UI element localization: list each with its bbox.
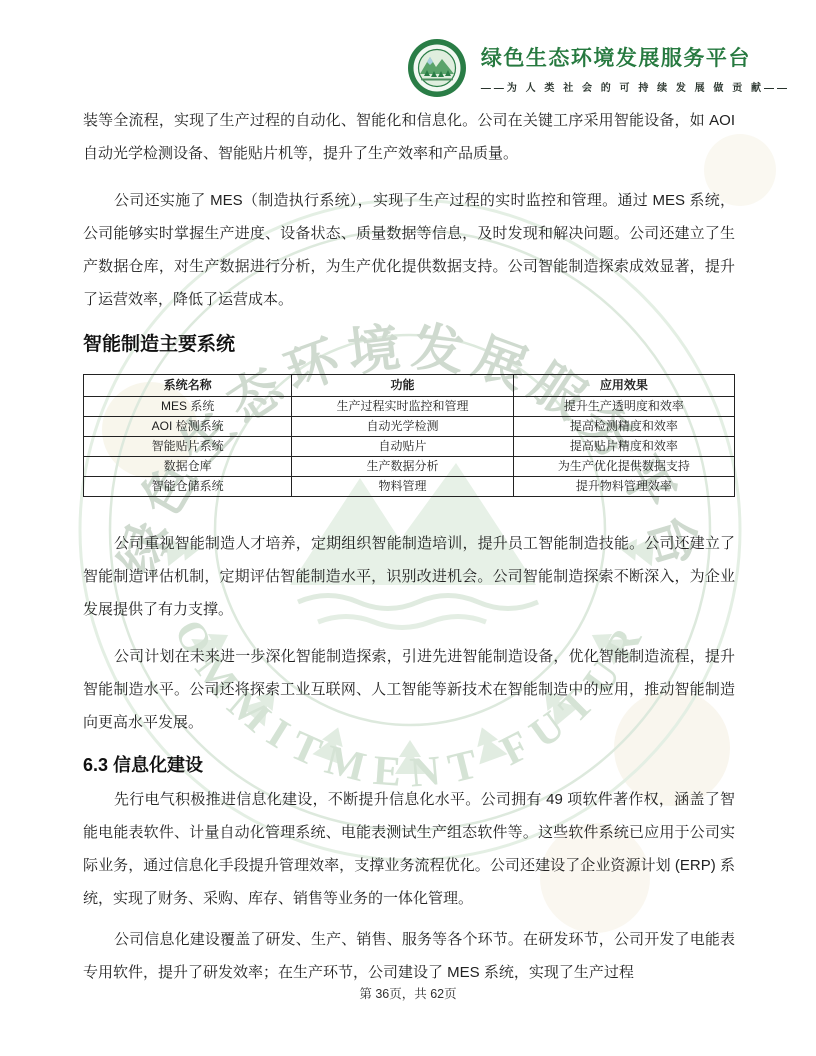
table-cell: 自动光学检测 bbox=[292, 417, 513, 437]
table-header-cell: 应用效果 bbox=[513, 375, 734, 397]
page-number-footer: 第 36页，共 62页 bbox=[0, 984, 816, 1002]
table-row: AOI 检测系统自动光学检测提高检测精度和效率 bbox=[84, 417, 735, 437]
table-cell: 智能贴片系统 bbox=[84, 437, 292, 457]
table-row: 数据仓库生产数据分析为生产优化提供数据支持 bbox=[84, 457, 735, 477]
table-cell: 提升物料管理效率 bbox=[513, 477, 734, 497]
table-cell: 提高检测精度和效率 bbox=[513, 417, 734, 437]
platform-logo-icon bbox=[407, 38, 467, 98]
paragraph: 公司重视智能制造人才培养，定期组织智能制造培训，提升员工智能制造技能。公司还建立… bbox=[83, 527, 735, 626]
platform-title: 绿色生态环境发展服务平台 bbox=[481, 42, 790, 72]
header-text-block: 绿色生态环境发展服务平台 ——为 人 类 社 会 的 可 持 续 发 展 做 贡… bbox=[481, 42, 790, 94]
paragraph: 装等全流程，实现了生产过程的自动化、智能化和信息化。公司在关键工序采用智能设备，… bbox=[83, 104, 735, 170]
table-header-row: 系统名称功能应用效果 bbox=[84, 375, 735, 397]
table-cell: 提升生产透明度和效率 bbox=[513, 397, 734, 417]
table-section-title: 智能制造主要系统 bbox=[83, 332, 735, 358]
table-row: 智能仓储系统物料管理提升物料管理效率 bbox=[84, 477, 735, 497]
table-cell: 生产过程实时监控和管理 bbox=[292, 397, 513, 417]
section-heading-6-3: 6.3 信息化建设 bbox=[83, 753, 735, 777]
page-header: 绿色生态环境发展服务平台 ——为 人 类 社 会 的 可 持 续 发 展 做 贡… bbox=[407, 38, 790, 98]
table-cell: 智能仓储系统 bbox=[84, 477, 292, 497]
document-page: 绿色生态环境发展服务平台 COMMITMENT FUTURE 绿色生态环境发展服… bbox=[0, 0, 816, 1056]
document-body: 装等全流程，实现了生产过程的自动化、智能化和信息化。公司在关键工序采用智能设备，… bbox=[83, 104, 735, 1003]
table-cell: 提高贴片精度和效率 bbox=[513, 437, 734, 457]
table-cell: AOI 检测系统 bbox=[84, 417, 292, 437]
table-header-cell: 系统名称 bbox=[84, 375, 292, 397]
paragraph: 公司还实施了 MES（制造执行系统），实现了生产过程的实时监控和管理。通过 ME… bbox=[83, 184, 735, 316]
paragraph: 先行电气积极推进信息化建设，不断提升信息化水平。公司拥有 49 项软件著作权，涵… bbox=[83, 783, 735, 915]
table-row: MES 系统生产过程实时监控和管理提升生产透明度和效率 bbox=[84, 397, 735, 417]
paragraph: 公司信息化建设覆盖了研发、生产、销售、服务等各个环节。在研发环节，公司开发了电能… bbox=[83, 923, 735, 989]
table-cell: 为生产优化提供数据支持 bbox=[513, 457, 734, 477]
table-row: 智能贴片系统自动贴片提高贴片精度和效率 bbox=[84, 437, 735, 457]
table-cell: MES 系统 bbox=[84, 397, 292, 417]
table-cell: 物料管理 bbox=[292, 477, 513, 497]
smart-manufacturing-systems-table: 系统名称功能应用效果MES 系统生产过程实时监控和管理提升生产透明度和效率AOI… bbox=[83, 374, 735, 497]
platform-tagline: ——为 人 类 社 会 的 可 持 续 发 展 做 贡 献—— bbox=[481, 79, 790, 94]
table-cell: 自动贴片 bbox=[292, 437, 513, 457]
table-header-cell: 功能 bbox=[292, 375, 513, 397]
table-cell: 生产数据分析 bbox=[292, 457, 513, 477]
paragraph: 公司计划在未来进一步深化智能制造探索，引进先进智能制造设备，优化智能制造流程，提… bbox=[83, 640, 735, 739]
table-cell: 数据仓库 bbox=[84, 457, 292, 477]
